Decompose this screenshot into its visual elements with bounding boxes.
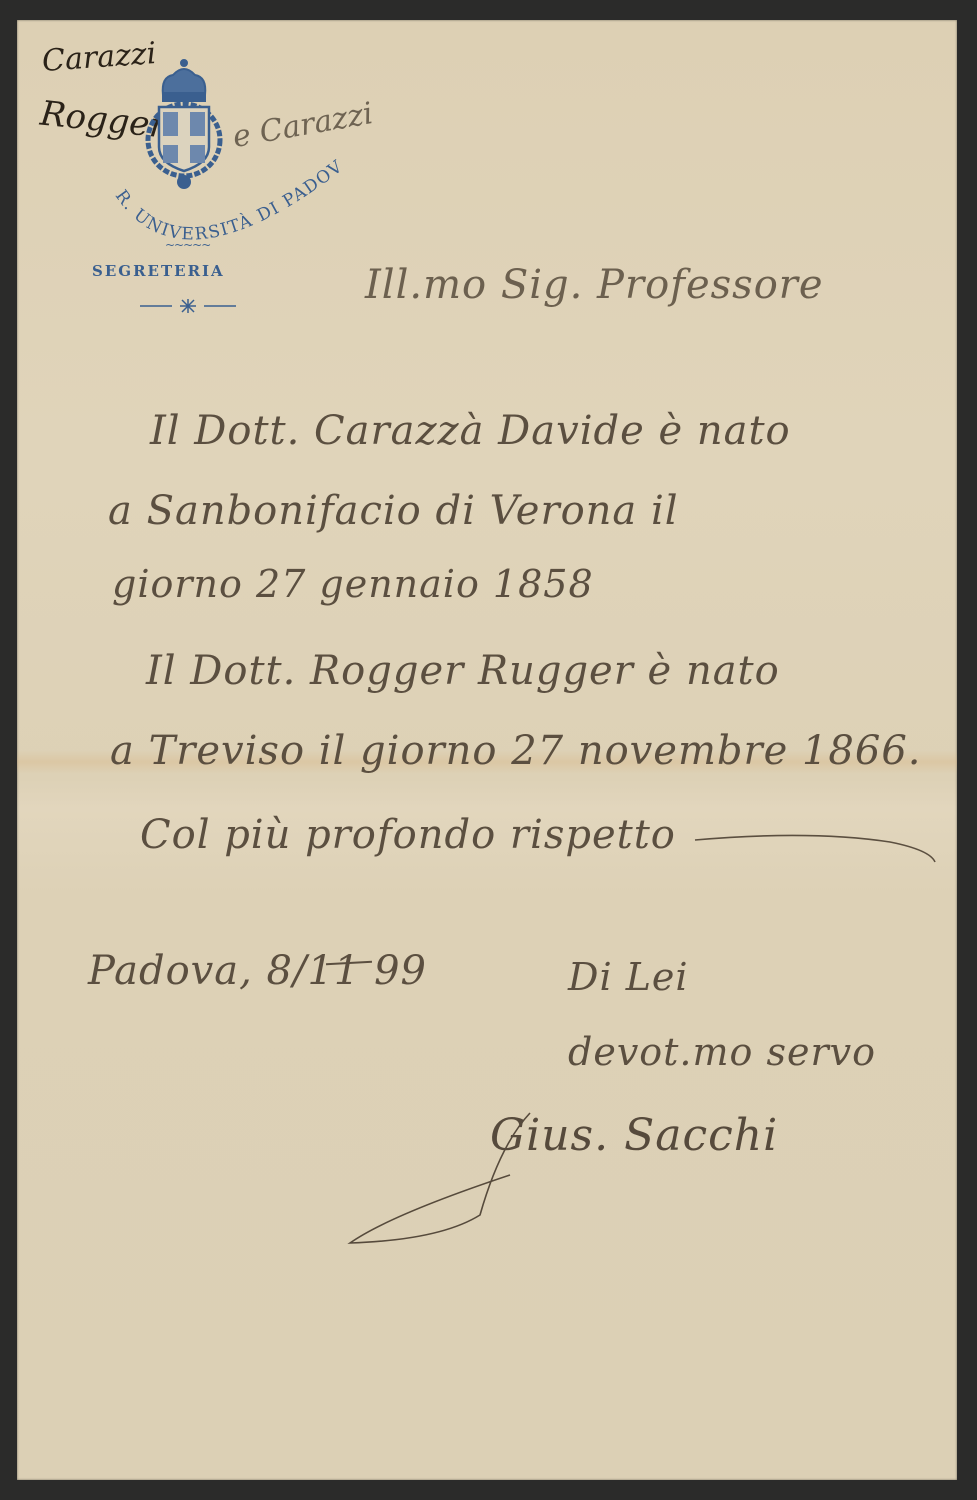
- closing-line: devot.mo servo: [568, 1030, 876, 1074]
- flourish-stroke: [690, 820, 940, 870]
- body-line: Il Dott. Carazzà Davide è nato: [150, 408, 791, 454]
- closing-line: Di Lei: [568, 955, 689, 999]
- svg-text:R. UNIVERSITÀ DI PADOVA: R. UNIVERSITÀ DI PADOVA: [60, 80, 347, 245]
- salutation: Ill.mo Sig. Professore: [365, 262, 824, 308]
- star-rule-ornament-icon: [138, 298, 238, 314]
- signature-flourish: [330, 1105, 580, 1245]
- body-line: a Treviso il giorno 27 novembre 1866.: [110, 728, 922, 774]
- place-date: Padova, 8/11 99: [88, 948, 427, 994]
- letterhead-office: SEGRETERIA: [92, 262, 225, 280]
- body-line: a Sanbonifacio di Verona il: [108, 488, 679, 534]
- body-line: Il Dott. Rogger Rugger è nato: [146, 648, 780, 694]
- letterhead-wave: ~~~~~: [165, 238, 210, 252]
- body-line: giorno 27 gennaio 1858: [112, 562, 594, 606]
- closing-phrase: Col più profondo rispetto: [140, 812, 676, 858]
